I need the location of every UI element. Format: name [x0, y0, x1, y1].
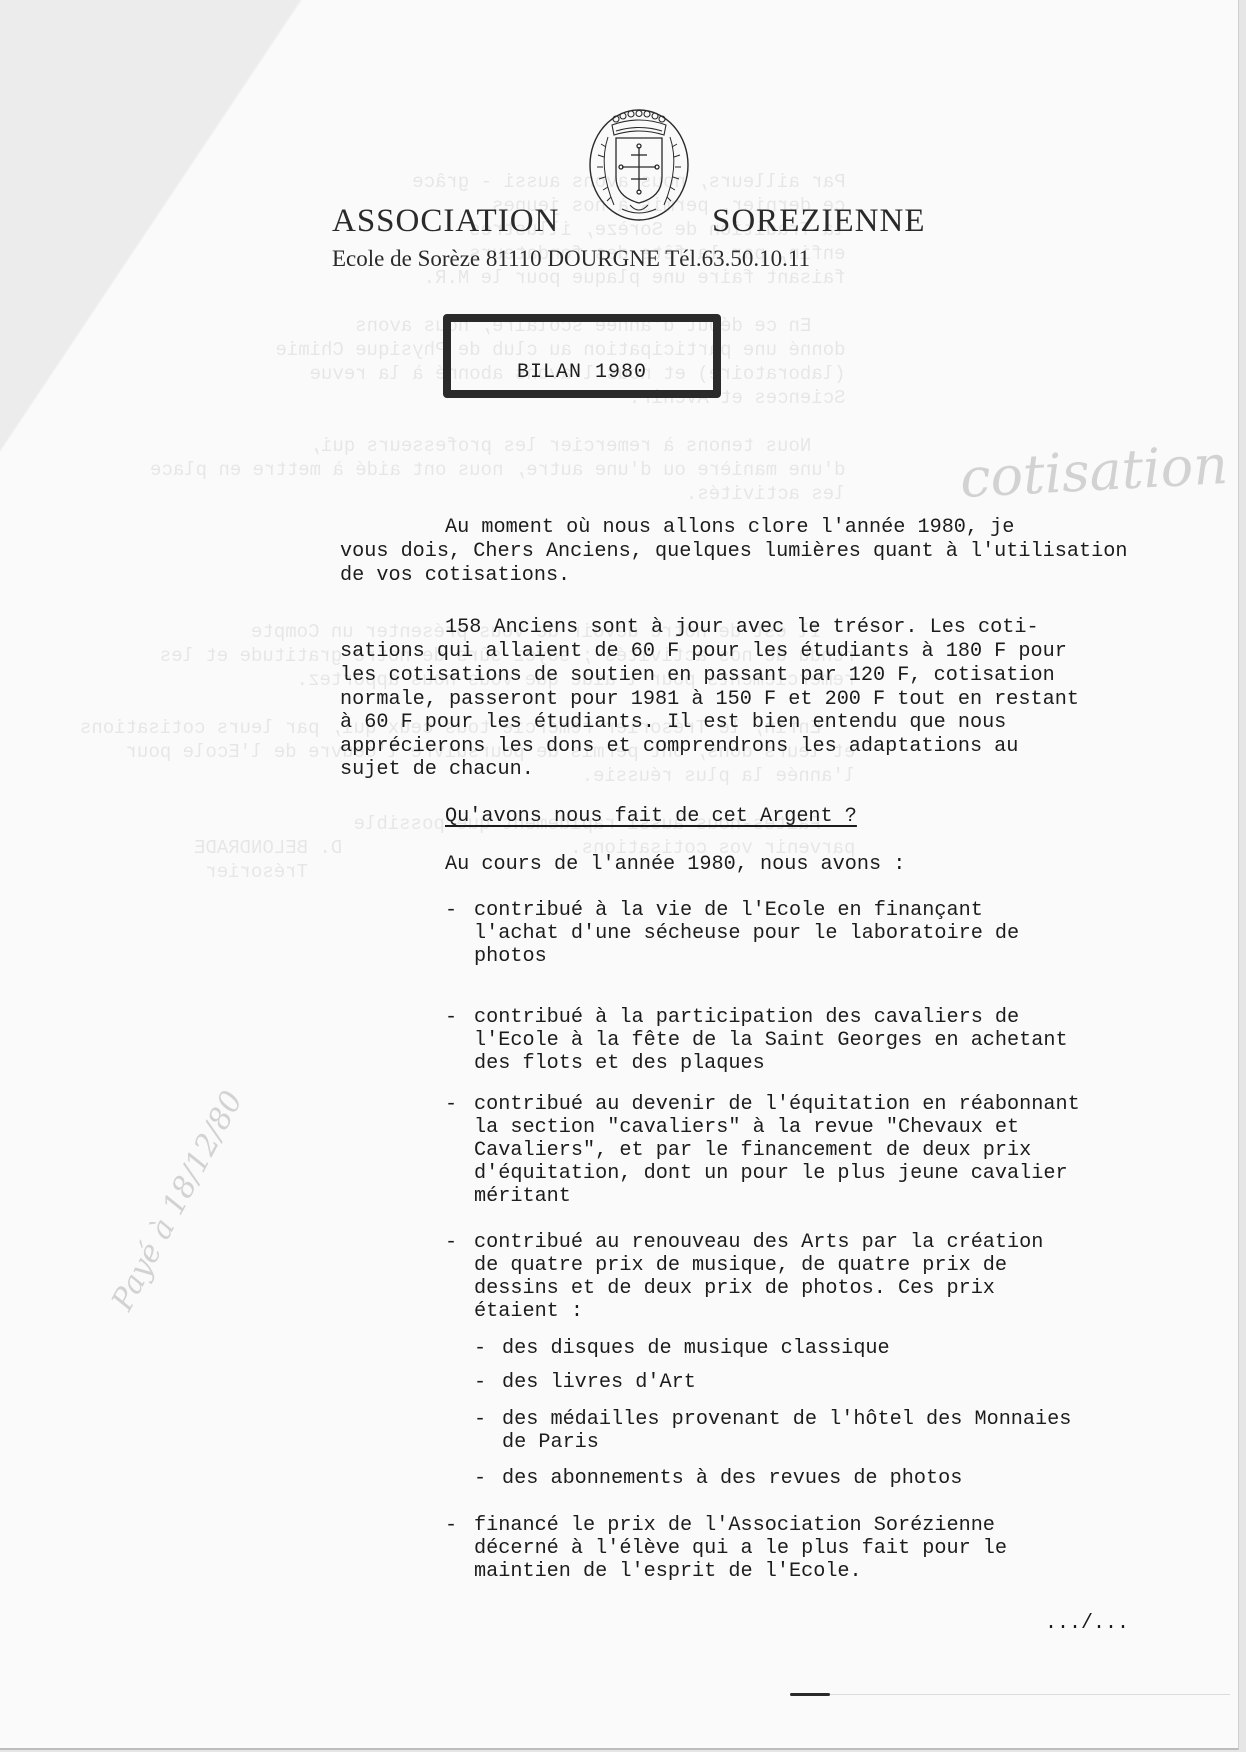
pencil-note: cotisation [959, 433, 1230, 510]
sub-list-item: de Paris [502, 1431, 599, 1455]
intro-line: Au moment où nous allons clore l'année 1… [445, 516, 1014, 540]
dues-line: normale, passeront pour 1981 à 150 F et … [340, 688, 1079, 712]
sub-list-item: des livres d'Art [502, 1371, 696, 1395]
list-item-line: contribué au devenir de l'équitation en … [474, 1093, 1080, 1117]
pencil-note: Payé à 18/12/80 [105, 1085, 250, 1316]
dues-line: à 60 F pour les étudiants. Il est bien e… [340, 711, 1006, 735]
dues-line: apprécierons les dons et comprendrons le… [340, 735, 1018, 759]
bullet-dash: - [445, 1514, 457, 1538]
dues-line: sations qui allaient de 60 F pour les ét… [340, 640, 1067, 664]
dues-line: les cotisations de soutien en passant pa… [340, 664, 1055, 688]
list-item-line: maintien de l'esprit de l'Ecole. [474, 1560, 862, 1584]
list-item-line: étaient : [474, 1300, 583, 1324]
list-item-line: la section "cavaliers" à la revue "Cheva… [474, 1116, 1019, 1140]
association-name-right: SOREZIENNE [712, 203, 925, 240]
sub-bullet-dash: - [474, 1467, 486, 1491]
list-item-line: Cavaliers", et par le financement de deu… [474, 1139, 1031, 1163]
sub-bullet-dash: - [474, 1337, 486, 1361]
bullet-dash: - [445, 1093, 457, 1117]
document-title: BILAN 1980 [517, 361, 647, 384]
list-item-line: l'Ecole à la fête de la Saint Georges en… [474, 1029, 1068, 1053]
list-item-line: dessins et de deux prix de photos. Ces p… [474, 1277, 995, 1301]
paper-mark [790, 1693, 830, 1696]
folded-corner [0, 0, 300, 450]
bullet-dash: - [445, 1006, 457, 1030]
sub-list-item: des disques de musique classique [502, 1337, 890, 1361]
list-item-line: financé le prix de l'Association Sorézie… [474, 1514, 995, 1538]
bullet-dash: - [445, 1231, 457, 1255]
paper-crease [830, 1694, 1230, 1695]
intro-line: vous dois, Chers Anciens, quelques lumiè… [340, 540, 1127, 564]
letterhead: ASSOCIATION SOREZIENNE Ecole de Sorèze 8… [320, 100, 960, 280]
dues-line: sujet de chacun. [340, 758, 534, 782]
dues-line: 158 Anciens sont à jour avec le trésor. … [445, 616, 1039, 640]
association-address: Ecole de Sorèze 81110 DOURGNE Tél.63.50.… [332, 246, 810, 272]
list-item-line: méritant [474, 1185, 571, 1209]
sub-list-item: des abonnements à des revues de photos [502, 1467, 962, 1491]
list-item-line: l'achat d'une sécheuse pour le laboratoi… [474, 922, 1019, 946]
section-intro: Au cours de l'année 1980, nous avons : [445, 853, 905, 877]
coat-of-arms-icon [584, 105, 694, 225]
list-item-line: d'équitation, dont un pour le plus jeune… [474, 1162, 1068, 1186]
list-item-line: décerné à l'élève qui a le plus fait pou… [474, 1537, 1007, 1561]
list-item-line: photos [474, 945, 547, 969]
sub-bullet-dash: - [474, 1408, 486, 1432]
list-item-line: contribué à la vie de l'Ecole en finança… [474, 899, 983, 923]
continuation-mark: .../... [1045, 1612, 1129, 1635]
intro-line: de vos cotisations. [340, 564, 570, 588]
list-item-line: de quatre prix de musique, de quatre pri… [474, 1254, 1007, 1278]
sub-list-item: des médailles provenant de l'hôtel des M… [502, 1408, 1071, 1432]
title-box: BILAN 1980 [443, 314, 721, 398]
association-name-left: ASSOCIATION [332, 203, 559, 240]
scanned-letter-page: Par ailleurs, nous avons aussi - grâce c… [0, 0, 1239, 1750]
section-heading: Qu'avons nous fait de cet Argent ? [445, 805, 857, 829]
list-item-line: des flots et des plaques [474, 1052, 765, 1076]
list-item-line: contribué au renouveau des Arts par la c… [474, 1231, 1043, 1255]
list-item-line: contribué à la participation des cavalie… [474, 1006, 1019, 1030]
sub-bullet-dash: - [474, 1371, 486, 1395]
bullet-dash: - [445, 899, 457, 923]
